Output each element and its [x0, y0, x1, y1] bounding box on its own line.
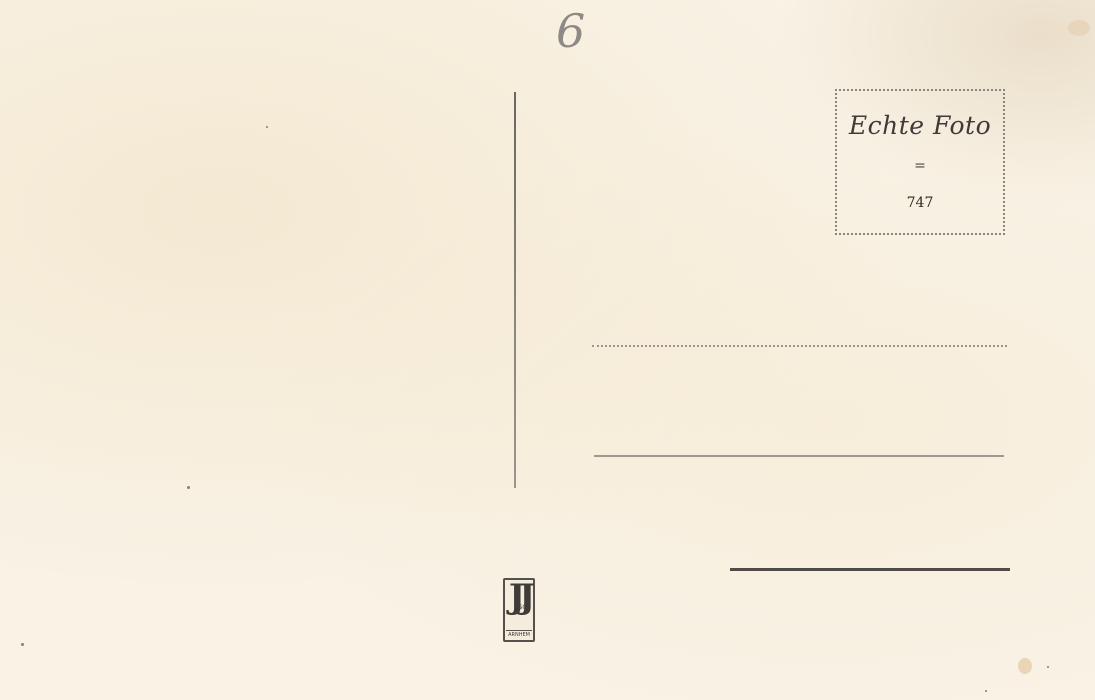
stamp-box: Echte Foto = 747 [835, 89, 1005, 235]
paper-speck [266, 126, 268, 128]
address-line-2 [594, 455, 1004, 457]
postcard-back: 6 Echte Foto = 747 JJ JJSC ARNHEM [0, 0, 1095, 700]
stamp-box-title: Echte Foto [837, 111, 1003, 140]
paper-stain [1018, 658, 1032, 674]
paper-speck [21, 643, 24, 646]
paper-stain [1068, 20, 1090, 36]
handwritten-pencil-number: 6 [556, 8, 585, 54]
address-line-1 [592, 345, 1007, 347]
paper-speck [985, 690, 987, 692]
publisher-sub-mark: JJSC [515, 604, 527, 611]
paper-speck [187, 486, 190, 489]
stamp-box-mark: = [837, 159, 1003, 173]
message-address-divider [514, 92, 516, 488]
address-line-3 [730, 568, 1010, 571]
paper-speck [1047, 666, 1049, 668]
publisher-city: ARNHEM [506, 630, 532, 638]
publisher-logo-icon: JJ JJSC ARNHEM [503, 578, 535, 642]
stamp-box-number: 747 [837, 195, 1003, 211]
